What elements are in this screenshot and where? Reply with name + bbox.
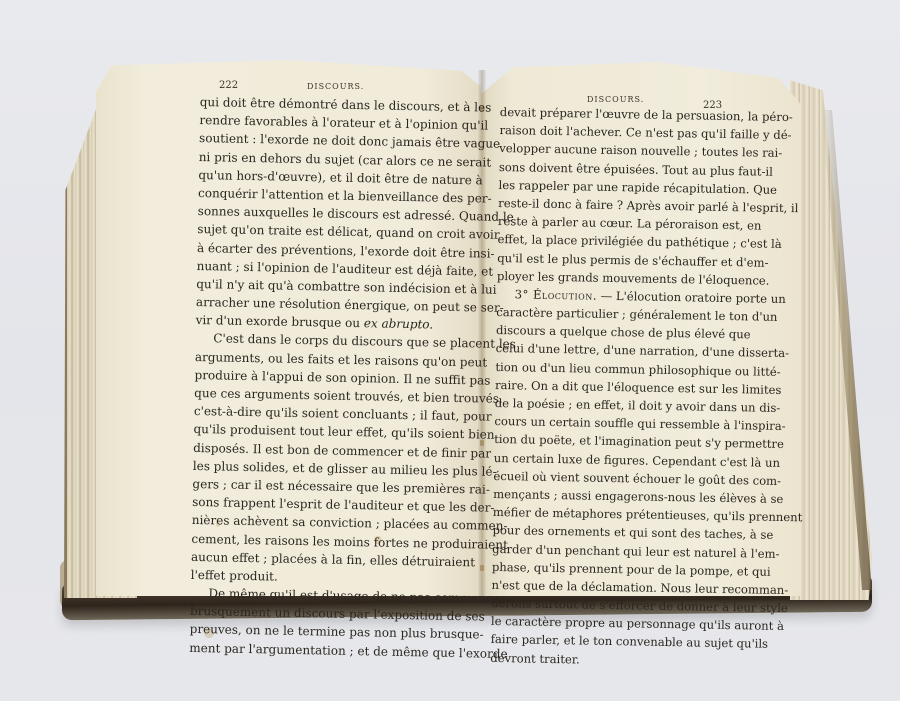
left-running-header: DISCOURS. [307, 82, 364, 91]
right-page-body: devait préparer l'œuvre de la persuasion… [490, 103, 809, 672]
text-fragment: — L'élocution oratoire porte un [597, 289, 786, 306]
left-page-body: qui doit être démontré dans le discours,… [189, 93, 520, 663]
text-fragment: vir d'un exorde brusque ou [196, 313, 364, 330]
left-page-number: 222 [219, 80, 238, 91]
italic-phrase: ex abrupto. [364, 316, 434, 331]
right-running-header: DISCOURS. [587, 95, 644, 104]
section-marker: 3° Élocution. [515, 287, 598, 302]
photo-scene: 222 DISCOURS. DISCOURS. 223 qui doit êtr… [0, 0, 900, 701]
